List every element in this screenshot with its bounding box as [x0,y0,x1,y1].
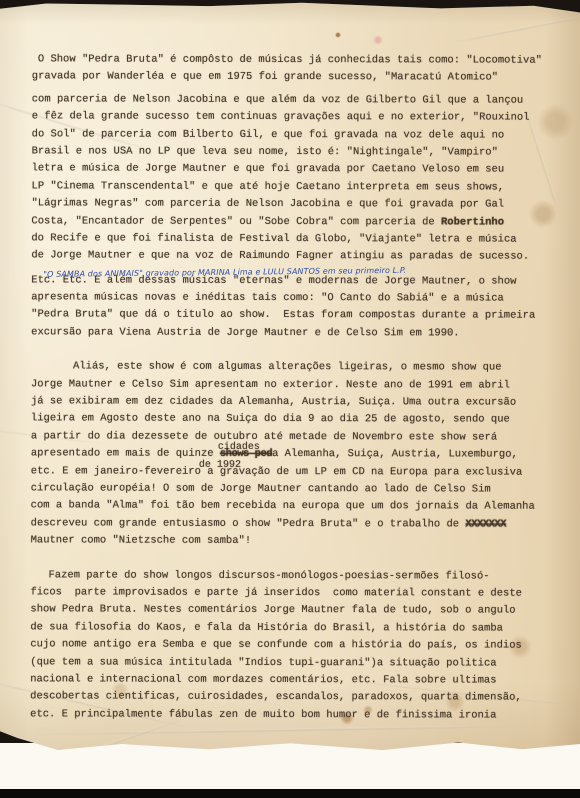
line-segment: a gravação de um LP em CD na Europa para… [201,465,522,478]
typed-line: com a banda "Alma" foi tão bem recebida … [31,498,549,517]
scanner-bed-strip [0,743,580,790]
typed-line: nacional e internacional com mordazes co… [30,671,548,690]
typed-line: apresentado em mais de quinze cidadessho… [31,446,549,465]
typed-line: etc. E principalmente fábulas zen de mui… [30,706,548,725]
typed-line: a partir do dia dezessete de outubro até… [31,428,549,447]
typed-line: Fazem parte do show longos discursos-mon… [30,567,548,586]
typed-line: apresenta músicas novas e inéditas tais … [31,289,549,308]
typed-document-body: O Show "Pedra Bruta" é compôsto de músic… [30,51,550,724]
paper-sheet: O Show "Pedra Bruta" é compôsto de músic… [0,2,580,750]
typed-line: Jorge Mautner e Celso Sim apresentam no … [31,376,549,395]
paragraph-gap [31,550,549,568]
typed-line: etc. E em janeiro-fevereirode 1992 a gra… [31,463,549,482]
typed-line: descreveu com grande entusiasmo o show "… [31,515,549,534]
typed-line: de sua filosofia do Kaos, e fala da Hist… [30,619,548,638]
line-segment: etc. E em janeiro-fevereiro [31,465,201,477]
typed-line: com parceria de Nelson Jacobina e que al… [32,91,550,110]
inserted-word-above: cidades [218,439,260,457]
typed-line: excursão para Viena Austria de Jorge Mau… [31,324,549,343]
typed-line: gravada por Wanderléa e que em 1975 foi … [32,69,550,88]
paragraph-gap [31,342,549,360]
typed-line: descobertas cientificas, cuirosidades, e… [30,689,548,708]
typed-line: do Sol" de parceria com Bilberto Gil, e … [32,126,550,145]
typed-line: LP "Cinema Transcendental" e que até hoj… [32,178,550,197]
typed-line: letra e música de Jorge Mautner e que fo… [32,161,550,180]
typed-line: "Pedra Bruta" que dá o titulo ao show. E… [31,307,549,326]
typed-line: e fêz dela grande sucesso tem continuas … [32,108,550,127]
typed-line: Costa, "Encantador de Serpentes" ou "Sob… [31,213,549,232]
typed-line: já se exibiram em dez cidades da Alemanh… [31,393,549,412]
typed-line: do Recife e que foi finalista de Festiva… [31,230,549,249]
typed-line: cujo nome antigo era Semba e que se conf… [30,636,548,655]
typed-line: ficos parte improvisados e parte já inse… [30,584,548,603]
line-segment: descreveu com grande entusiasmo o show "… [31,517,466,530]
typed-line: Mautner como "Nietzsche com samba"! [31,532,549,551]
paper-crease [456,16,580,43]
paper-crease [38,725,528,736]
typed-line: O Show "Pedra Bruta" é compôsto de músic… [32,51,550,70]
overstruck-bold-name: Robertinho [441,216,504,228]
typed-line: show Pedra Bruta. Nestes comentários Jor… [30,602,548,621]
line-segment: a Alemanha, Suiça, Austria, Luxemburgo, [272,448,518,461]
typed-line: (que tem a sua música intitulada "Indios… [30,654,548,673]
line-segment: apresentado em mais de quinze [31,448,220,460]
typed-line: "Lágrimas Negras" com parceria de Nelson… [31,195,549,214]
scanned-typewritten-page: O Show "Pedra Bruta" é compôsto de músic… [0,0,580,798]
typed-line: Aliás, este show é com algumas alteraçõe… [31,359,549,378]
typed-line: ligeira em Agosto deste ano na Suiça do … [31,411,549,430]
scan-bottom-edge [0,789,580,798]
struck-out-text: XXXXXXX [465,518,506,530]
typed-line: Brasil e nos USA no LP que leva seu nome… [32,143,550,162]
inserted-word-above: de 1992 [199,456,241,474]
typed-line: circulação européia! O som de Jorge Maut… [31,480,549,499]
line-segment: Costa, "Encantador de Serpentes" ou "Sob… [31,215,441,228]
